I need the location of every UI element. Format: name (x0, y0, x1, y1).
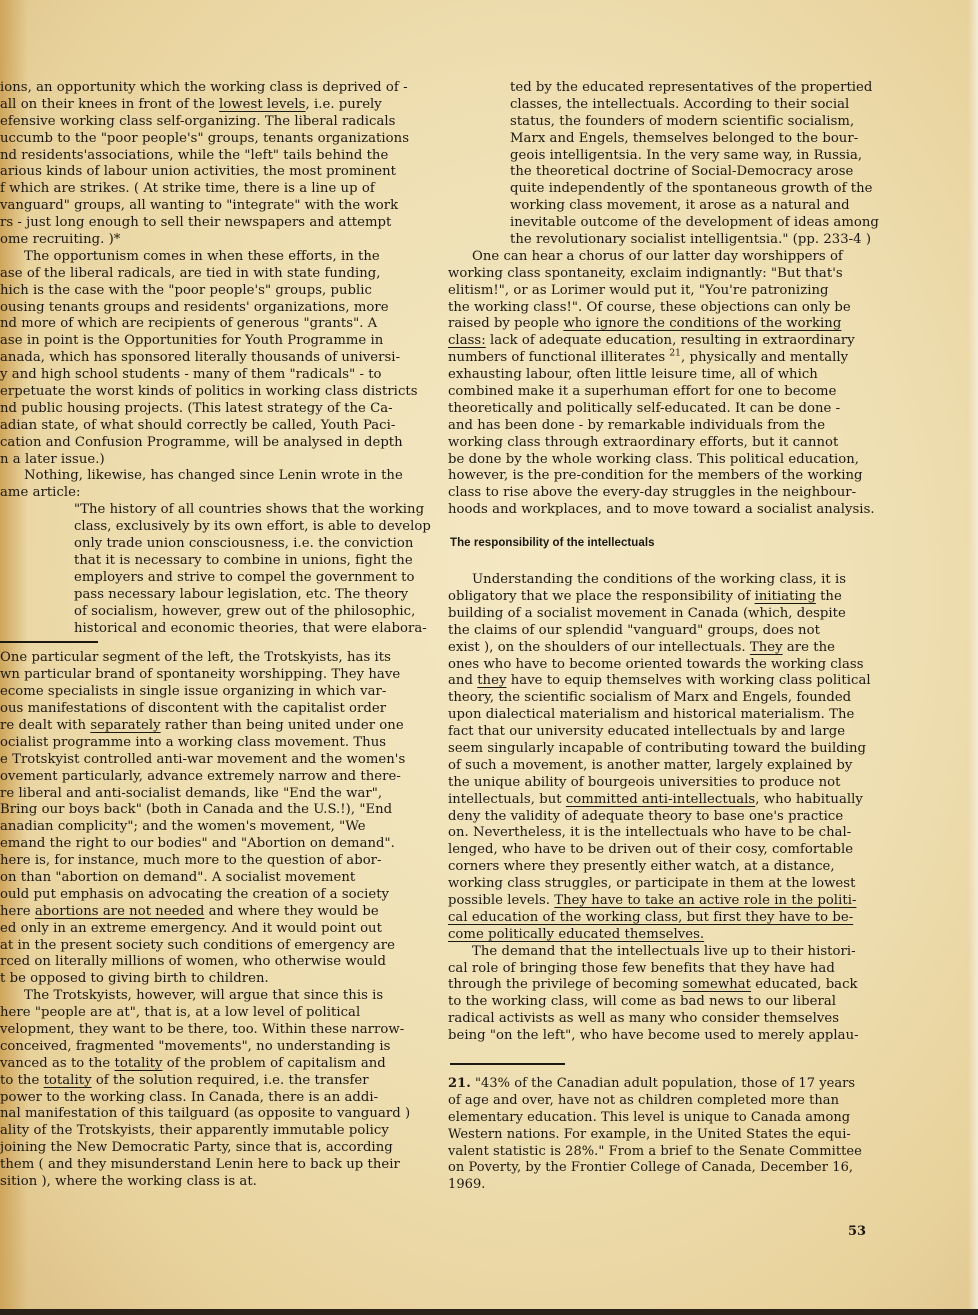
footnote-divider (0, 641, 98, 643)
footnote-line: Bring our boys back" (both in Canada and… (0, 802, 420, 819)
text-span: educated, back (751, 977, 858, 992)
text-line: class: lack of adequate education, resul… (448, 333, 908, 350)
quote-line: historical and economic theories, that w… (0, 621, 420, 638)
text-line: rs - just long enough to sell their news… (0, 215, 420, 232)
text-line: anada, which has sponsored literally tho… (0, 350, 420, 367)
text-line: building of a socialist movement in Cana… (448, 606, 908, 623)
footnote-line: ed only in an extreme emergency. And it … (0, 921, 420, 938)
text-line: combined make it a superhuman effort for… (448, 384, 908, 401)
footnote-line: them ( and they misunderstand Lenin here… (0, 1157, 420, 1174)
quote-line: employers and strive to compel the gover… (0, 570, 420, 587)
footnote-line: at in the present society such condition… (0, 938, 420, 955)
lenin-quote-continued: ted by the educated representatives of t… (448, 80, 908, 249)
text-line: working class through extraordinary effo… (448, 435, 908, 452)
text-line: intellectuals, but committed anti-intell… (448, 792, 908, 809)
footnote-line: here is, for instance, much more to the … (0, 853, 420, 870)
quote-line: inevitable outcome of the development of… (448, 215, 908, 232)
footnote-line: ocialist programme into a working class … (0, 735, 420, 752)
footnote-star: One particular segment of the left, the … (0, 650, 420, 988)
text-line: theory, the scientific socialism of Marx… (448, 690, 908, 707)
section-heading: The responsibility of the intellectuals (450, 535, 908, 552)
text-line: radical activists as well as many who co… (448, 1011, 908, 1028)
footnote-line: emand the right to our bodies" and "Abor… (0, 836, 420, 853)
text-span: possible levels. (448, 893, 554, 908)
text-line: obligatory that we place the responsibil… (448, 589, 908, 606)
text-span: exist ), on the shoulders of our intelle… (448, 640, 750, 655)
text-line: however, is the pre-condition for the me… (448, 468, 908, 485)
page-edge-right (968, 0, 978, 1315)
footnote-line: ality of the Trotskyists, their apparent… (0, 1123, 420, 1140)
footnote-line: ovement particularly, advance extremely … (0, 769, 420, 786)
text-line: exist ), on the shoulders of our intelle… (448, 640, 908, 657)
text-line: elitism!", or as Lorimer would put it, "… (448, 283, 908, 300)
quote-line: status, the founders of modern scientifi… (448, 114, 908, 131)
text-line: being "on the left", who have become use… (448, 1028, 908, 1045)
text-span: and (448, 673, 477, 688)
text-line: all on their knees in front of the lowes… (0, 97, 420, 114)
text-line: working class struggles, or participate … (448, 876, 908, 893)
lenin-quote: "The history of all countries shows that… (0, 502, 420, 637)
footnote-line: elementary education. This level is uniq… (448, 1109, 908, 1126)
underlined-text: they (477, 673, 506, 688)
text-line: erpetuate the worst kinds of politics in… (0, 384, 420, 401)
text-line: and they have to equip themselves with w… (448, 673, 908, 690)
underlined-text: initiating (755, 589, 816, 604)
text-span: re dealt with (0, 718, 90, 733)
text-line: The demand that the intellectuals live u… (448, 944, 908, 961)
footnote-line: rced on literally millions of women, who… (0, 954, 420, 971)
text-line: uccumb to the "poor people's" groups, te… (0, 131, 420, 148)
underlined-text: totality (44, 1073, 92, 1088)
text-line: ase of the liberal radicals, are tied in… (0, 266, 420, 283)
left-para-1: ions, an opportunity which the working c… (0, 80, 420, 249)
footnote-line: of age and over, have not as children co… (448, 1092, 908, 1109)
footnote-line: vanced as to the totality of the problem… (0, 1056, 420, 1073)
text-line: upon dialectical materialism and histori… (448, 707, 908, 724)
text-line: vanguard" groups, all wanting to "integr… (0, 198, 420, 215)
footnote-line: conceived, fragmented "movements", no un… (0, 1039, 420, 1056)
text-line: possible levels. They have to take an ac… (448, 893, 908, 910)
text-line: deny the validity of adequate theory to … (448, 809, 908, 826)
text-line: through the privilege of becoming somewh… (448, 977, 908, 994)
footnote-line: Western nations. For example, in the Uni… (448, 1126, 908, 1143)
footnote-line: The Trotskyists, however, will argue tha… (0, 988, 420, 1005)
text-span: "43% of the Canadian adult population, t… (475, 1076, 855, 1091)
footnote-line: ecome specialists in single issue organi… (0, 684, 420, 701)
text-span: vanced as to the (0, 1056, 115, 1071)
footnote-line: joining the New Democratic Party, since … (0, 1140, 420, 1157)
footnote-line: here "people are at", that is, at a low … (0, 1005, 420, 1022)
underlined-text: totality (115, 1056, 163, 1071)
footnote-line: 21. "43% of the Canadian adult populatio… (448, 1075, 908, 1092)
text-span: here (0, 904, 35, 919)
text-span: all on their knees in front of the (0, 97, 219, 112)
quote-line: geois intelligentsia. In the very same w… (448, 148, 908, 165)
text-line: arious kinds of labour union activities,… (0, 164, 420, 181)
text-line: fact that our university educated intell… (448, 724, 908, 741)
text-line: ase in point is the Opportunities for Yo… (0, 333, 420, 350)
text-line: nd residents'associations, while the "le… (0, 148, 420, 165)
text-line: efensive working class self-organizing. … (0, 114, 420, 131)
underlined-text: separately (90, 718, 160, 733)
text-span: lack of adequate education, resulting in… (486, 333, 855, 348)
left-para-2: The opportunism comes in when these effo… (0, 249, 420, 469)
quote-line: class, exclusively by its own effort, is… (0, 519, 420, 536)
footnote-line: on than "abortion on demand". A socialis… (0, 870, 420, 887)
right-para-2: Understanding the conditions of the work… (448, 572, 908, 944)
quote-line: ted by the educated representatives of t… (448, 80, 908, 97)
text-line: and has been done - by remarkable indivi… (448, 418, 908, 435)
text-span: of the problem of capitalism and (163, 1056, 386, 1071)
text-line: numbers of functional illiterates 21, ph… (448, 350, 908, 367)
footnote-star-continued: The Trotskyists, however, will argue tha… (0, 988, 420, 1191)
underlined-text: come politically educated themselves. (448, 927, 704, 942)
text-span: , physically and mentally (681, 350, 848, 365)
footnote-line: wn particular brand of spontaneity worsh… (0, 667, 420, 684)
text-span: to the (0, 1073, 44, 1088)
quote-line: the revolutionary socialist intelligents… (448, 232, 908, 249)
text-line: One can hear a chorus of our latter day … (448, 249, 908, 266)
text-line: Understanding the conditions of the work… (448, 572, 908, 589)
left-column: ions, an opportunity which the working c… (0, 80, 420, 1191)
text-line: ones who have to become oriented towards… (448, 657, 908, 674)
text-line: ousing tenants groups and residents' org… (0, 300, 420, 317)
text-line: cal education of the working class, but … (448, 910, 908, 927)
text-span: raised by people (448, 316, 563, 331)
right-para-3: The demand that the intellectuals live u… (448, 944, 908, 1045)
footnote-line: sition ), where the working class is at. (0, 1174, 420, 1191)
text-line: the unique ability of bourgeois universi… (448, 775, 908, 792)
text-line: n a later issue.) (0, 452, 420, 469)
quote-line: "The history of all countries shows that… (0, 502, 420, 519)
quote-line: that it is necessary to combine in union… (0, 553, 420, 570)
text-line: hich is the case with the "poor people's… (0, 283, 420, 300)
text-line: theoretically and politically self-educa… (448, 401, 908, 418)
underlined-text: They (750, 640, 783, 655)
text-line: seem singularly incapable of contributin… (448, 741, 908, 758)
text-line: cal role of bringing those few benefits … (448, 961, 908, 978)
text-span: , who habitually (755, 792, 863, 807)
text-span: and where they would be (204, 904, 378, 919)
text-line: hoods and workplaces, and to move toward… (448, 502, 908, 519)
text-line: Nothing, likewise, has changed since Len… (0, 468, 420, 485)
text-line: ions, an opportunity which the working c… (0, 80, 420, 97)
text-line: ame article: (0, 485, 420, 502)
text-span: numbers of functional illiterates (448, 350, 669, 365)
quote-line: only trade union consciousness, i.e. the… (0, 536, 420, 553)
text-line: come politically educated themselves. (448, 927, 908, 944)
text-line: lenged, who have to be driven out of the… (448, 842, 908, 859)
text-line: corners where they presently either watc… (448, 859, 908, 876)
text-line: f which are strikes. ( At strike time, t… (0, 181, 420, 198)
footnote-line: here abortions are not needed and where … (0, 904, 420, 921)
text-line: The opportunism comes in when these effo… (0, 249, 420, 266)
underlined-text: lowest levels (219, 97, 305, 112)
text-line: nd public housing projects. (This latest… (0, 401, 420, 418)
text-line: nd more of which are recipients of gener… (0, 316, 420, 333)
footnote-line: One particular segment of the left, the … (0, 650, 420, 667)
text-line: the working class!". Of course, these ob… (448, 300, 908, 317)
footnote-line: anadian complicity"; and the women's mov… (0, 819, 420, 836)
underlined-text: who ignore the conditions of the working (563, 316, 841, 331)
text-span: through the privilege of becoming (448, 977, 683, 992)
text-span: , i.e. purely (305, 97, 381, 112)
underlined-text: cal education of the working class, but … (448, 910, 853, 925)
text-line: to the working class, will come as bad n… (448, 994, 908, 1011)
text-line: adian state, of what should correctly be… (0, 418, 420, 435)
footnote-divider (450, 1063, 565, 1065)
text-line: cation and Confusion Programme, will be … (0, 435, 420, 452)
quote-line: of socialism, however, grew out of the p… (0, 604, 420, 621)
underlined-text: somewhat (683, 977, 751, 992)
text-line: ome recruiting. )* (0, 232, 420, 249)
page-number: 53 (848, 1224, 866, 1239)
footnote-line: re liberal and anti-socialist demands, l… (0, 786, 420, 803)
footnote-line: ous manifestations of discontent with th… (0, 701, 420, 718)
footnote-line: on Poverty, by the Frontier College of C… (448, 1159, 908, 1176)
quote-line: Marx and Engels, themselves belonged to … (448, 131, 908, 148)
quote-line: classes, the intellectuals. According to… (448, 97, 908, 114)
text-span: intellectuals, but (448, 792, 566, 807)
footnote-line: valent statistic is 28%." From a brief t… (448, 1143, 908, 1160)
text-span: are the (783, 640, 835, 655)
text-line: class to rise above the every-day strugg… (448, 485, 908, 502)
text-span: of the solution required, i.e. the trans… (92, 1073, 369, 1088)
underlined-text: abortions are not needed (35, 904, 205, 919)
quote-line: working class movement, it arose as a na… (448, 198, 908, 215)
footnote-line: e Trotskyist controlled anti-war movemen… (0, 752, 420, 769)
right-column: ted by the educated representatives of t… (448, 80, 908, 1193)
page-edge-bottom (0, 1309, 978, 1315)
footnote-line: re dealt with separately rather than bei… (0, 718, 420, 735)
footnote-21: 21. "43% of the Canadian adult populatio… (448, 1075, 908, 1193)
underlined-text: class: (448, 333, 486, 348)
quote-line: pass necessary labour legislation, etc. … (0, 587, 420, 604)
quote-line: the theoretical doctrine of Social-Democ… (448, 164, 908, 181)
footnote-line: velopment, they want to be there, too. W… (0, 1022, 420, 1039)
underlined-text: committed anti-intellectuals (566, 792, 755, 807)
footnote-ref-21[interactable]: 21 (669, 349, 681, 359)
text-line: y and high school students - many of the… (0, 367, 420, 384)
text-line: be done by the whole working class. This… (448, 452, 908, 469)
quote-line: quite independently of the spontaneous g… (448, 181, 908, 198)
footnote-line: ould put emphasis on advocating the crea… (0, 887, 420, 904)
text-line: raised by people who ignore the conditio… (448, 316, 908, 333)
text-span: obligatory that we place the responsibil… (448, 589, 755, 604)
underlined-text: They have to take an active role in the … (554, 893, 856, 908)
footnote-line: t be opposed to giving birth to children… (0, 971, 420, 988)
footnote-number: 21. (448, 1076, 471, 1091)
left-para-3: Nothing, likewise, has changed since Len… (0, 468, 420, 502)
text-span: the (816, 589, 842, 604)
footnote-line: power to the working class. In Canada, t… (0, 1090, 420, 1107)
footnote-line: 1969. (448, 1176, 908, 1193)
right-para-1: One can hear a chorus of our latter day … (448, 249, 908, 519)
text-line: of such a movement, is another matter, l… (448, 758, 908, 775)
text-line: on. Nevertheless, it is the intellectual… (448, 825, 908, 842)
footnote-line: nal manifestation of this tailguard (as … (0, 1106, 420, 1123)
footnote-line: to the totality of the solution required… (0, 1073, 420, 1090)
text-line: the claims of our splendid "vanguard" gr… (448, 623, 908, 640)
text-span: have to equip themselves with working cl… (506, 673, 870, 688)
text-span: rather than being united under one (161, 718, 404, 733)
text-line: working class spontaneity, exclaim indig… (448, 266, 908, 283)
text-line: exhausting labour, often little leisure … (448, 367, 908, 384)
